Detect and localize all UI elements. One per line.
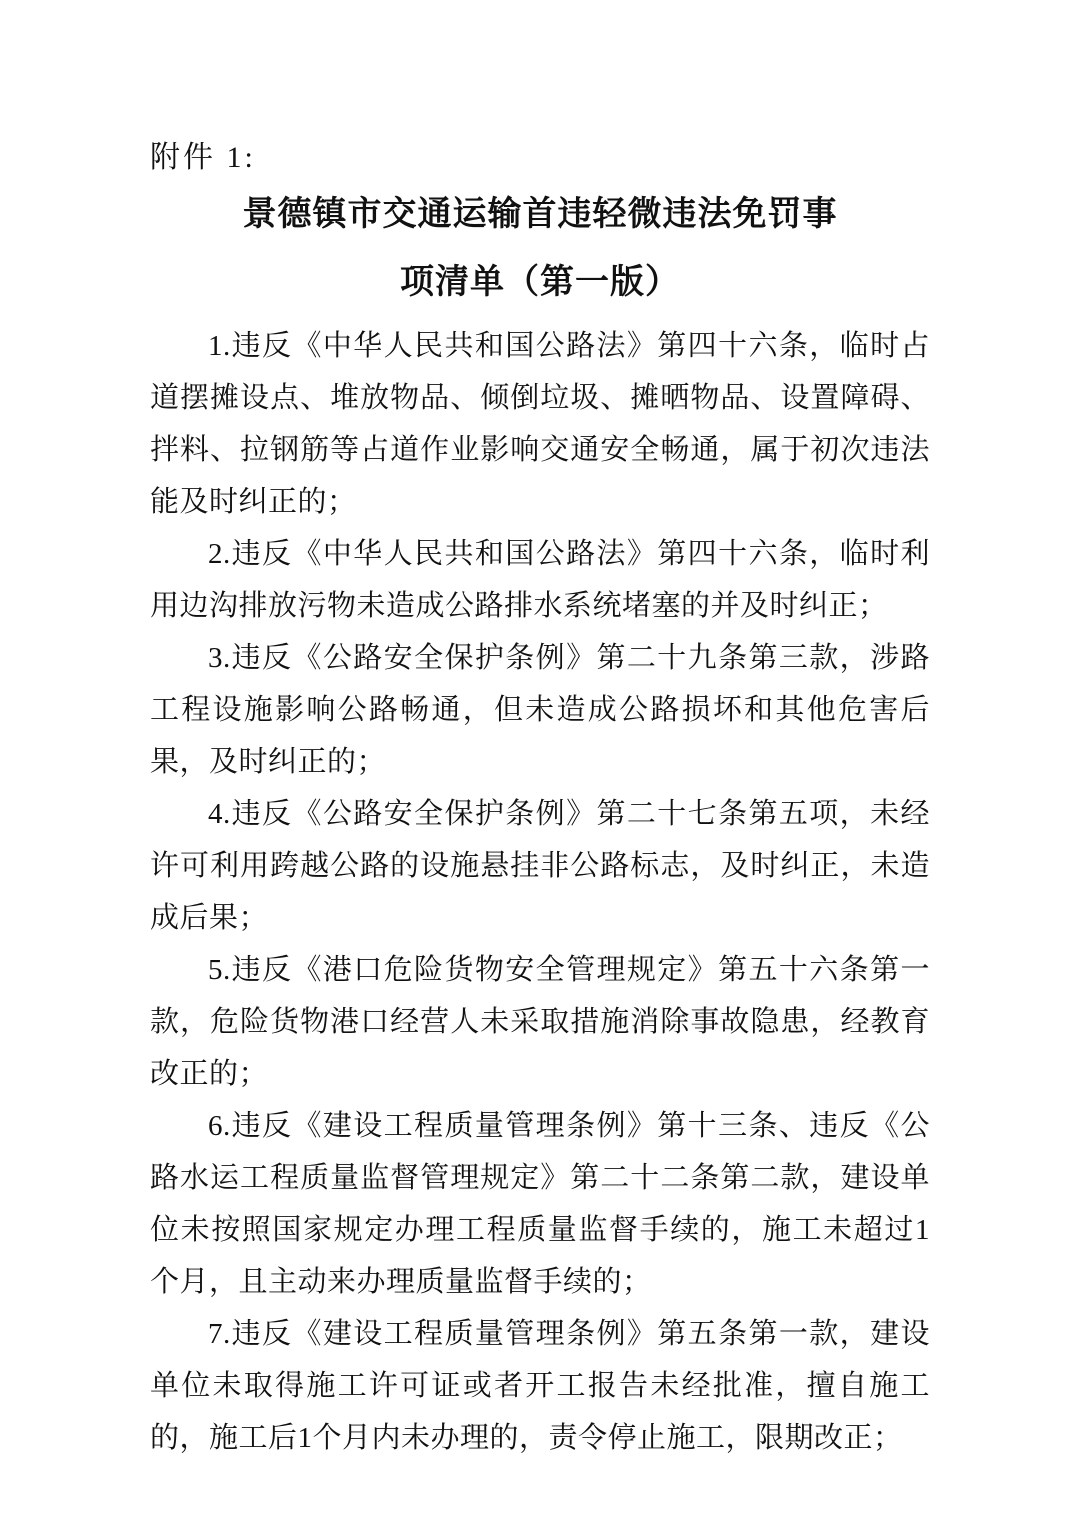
document-page: 附件 1: 景德镇市交通运输首违轻微违法免罚事 项清单（第一版） 1.违反《中华… — [0, 0, 1075, 1520]
exemption-list-item: 5.违反《港口危险货物安全管理规定》第五十六条第一款，危险货物港口经营人未采取措… — [150, 944, 930, 1100]
exemption-list-item: 6.违反《建设工程质量管理条例》第十三条、违反《公路水运工程质量监督管理规定》第… — [150, 1100, 930, 1308]
exemption-list-item: 2.违反《中华人民共和国公路法》第四十六条，临时利用边沟排放污物未造成公路排水系… — [150, 528, 930, 632]
exemption-list-item: 4.违反《公路安全保护条例》第二十七条第五项，未经许可利用跨越公路的设施悬挂非公… — [150, 788, 930, 944]
exemption-item-list: 1.违反《中华人民共和国公路法》第四十六条，临时占道摆摊设点、堆放物品、倾倒垃圾… — [150, 320, 930, 1464]
exemption-list-item: 1.违反《中华人民共和国公路法》第四十六条，临时占道摆摊设点、堆放物品、倾倒垃圾… — [150, 320, 930, 528]
attachment-label: 附件 1: — [150, 138, 930, 178]
exemption-list-item: 3.违反《公路安全保护条例》第二十九条第三款，涉路工程设施影响公路畅通，但未造成… — [150, 632, 930, 788]
document-title-line-2: 项清单（第一版） — [150, 248, 930, 316]
document-title: 景德镇市交通运输首违轻微违法免罚事 项清单（第一版） — [150, 180, 930, 316]
document-title-line-1: 景德镇市交通运输首违轻微违法免罚事 — [150, 180, 930, 248]
exemption-list-item: 7.违反《建设工程质量管理条例》第五条第一款，建设单位未取得施工许可证或者开工报… — [150, 1308, 930, 1464]
